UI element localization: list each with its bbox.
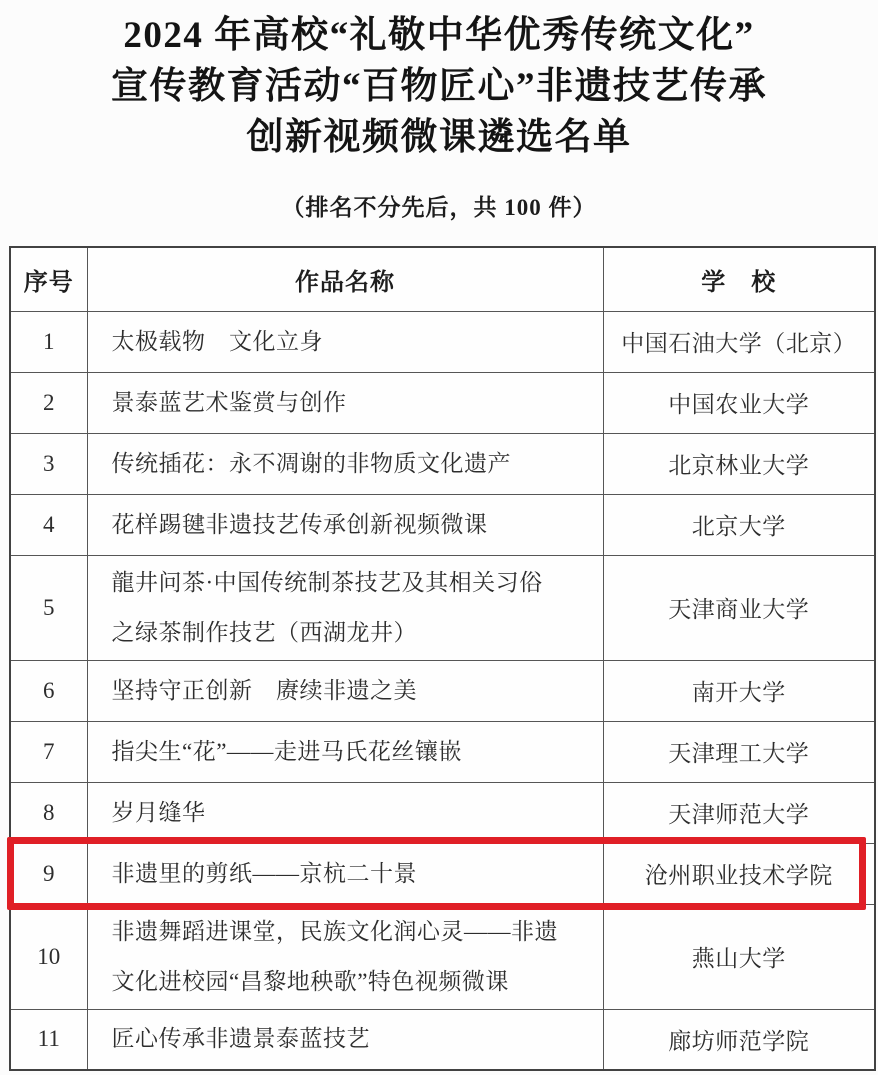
work-title: 非遗舞蹈进课堂，民族文化润心灵——非遗 文化进校园“昌黎地秧歌”特色视频微课 (87, 904, 603, 1009)
school-name: 天津理工大学 (603, 721, 875, 782)
table-row: 8 岁月缝华 天津师范大学 (10, 782, 875, 843)
school-name: 南开大学 (603, 660, 875, 721)
table-row: 4 花样踢毽非遗技艺传承创新视频微课 北京大学 (10, 494, 875, 555)
page-title-line2: 宣传教育活动“百物匠心”非遗技艺传承 (0, 61, 878, 112)
col-header-index: 序号 (10, 247, 87, 311)
table-row: 2 景泰蓝艺术鉴赏与创作 中国农业大学 (10, 372, 875, 433)
school-name: 廊坊师范学院 (603, 1009, 875, 1070)
work-title: 花样踢毽非遗技艺传承创新视频微课 (87, 494, 603, 555)
table-body: 1 太极载物 文化立身 中国石油大学（北京） 2 景泰蓝艺术鉴赏与创作 中国农业… (10, 311, 875, 1070)
row-number: 2 (10, 372, 87, 433)
col-header-work: 作品名称 (87, 247, 603, 311)
page-title: 2024 年高校“礼敬中华优秀传统文化” 宣传教育活动“百物匠心”非遗技艺传承 … (0, 0, 878, 163)
table-row: 7 指尖生“花”——走进马氏花丝镶嵌 天津理工大学 (10, 721, 875, 782)
table-header: 序号 作品名称 学 校 (10, 247, 875, 311)
school-name: 燕山大学 (603, 904, 875, 1009)
row-number: 1 (10, 311, 87, 372)
table-row: 1 太极载物 文化立身 中国石油大学（北京） (10, 311, 875, 372)
table-row: 3 传统插花：永不凋谢的非物质文化遗产 北京林业大学 (10, 433, 875, 494)
table-row: 6 坚持守正创新 赓续非遗之美 南开大学 (10, 660, 875, 721)
table-row: 10 非遗舞蹈进课堂，民族文化润心灵——非遗 文化进校园“昌黎地秧歌”特色视频微… (10, 904, 875, 1009)
row-number: 9 (10, 843, 87, 904)
row-number: 3 (10, 433, 87, 494)
row-number: 6 (10, 660, 87, 721)
row-number: 7 (10, 721, 87, 782)
works-table: 序号 作品名称 学 校 1 太极载物 文化立身 中国石油大学（北京） 2 景泰蓝… (9, 246, 876, 1071)
work-title: 匠心传承非遗景泰蓝技艺 (87, 1009, 603, 1070)
work-title: 岁月缝华 (87, 782, 603, 843)
work-title: 坚持守正创新 赓续非遗之美 (87, 660, 603, 721)
school-name: 北京林业大学 (603, 433, 875, 494)
work-title: 非遗里的剪纸——京杭二十景 (87, 843, 603, 904)
work-title: 龍井问茶·中国传统制茶技艺及其相关习俗 之绿茶制作技艺（西湖龙井） (87, 555, 603, 660)
work-title: 指尖生“花”——走进马氏花丝镶嵌 (87, 721, 603, 782)
school-name: 沧州职业技术学院 (603, 843, 875, 904)
work-title: 景泰蓝艺术鉴赏与创作 (87, 372, 603, 433)
school-name: 天津师范大学 (603, 782, 875, 843)
page-title-line3: 创新视频微课遴选名单 (0, 112, 878, 163)
school-name: 中国石油大学（北京） (603, 311, 875, 372)
table-row: 9 非遗里的剪纸——京杭二十景 沧州职业技术学院 (10, 843, 875, 904)
table-row: 5 龍井问茶·中国传统制茶技艺及其相关习俗 之绿茶制作技艺（西湖龙井） 天津商业… (10, 555, 875, 660)
document-page: 2024 年高校“礼敬中华优秀传统文化” 宣传教育活动“百物匠心”非遗技艺传承 … (0, 0, 878, 1075)
work-title: 太极载物 文化立身 (87, 311, 603, 372)
school-name: 北京大学 (603, 494, 875, 555)
school-name: 天津商业大学 (603, 555, 875, 660)
row-number: 11 (10, 1009, 87, 1070)
col-header-school: 学 校 (603, 247, 875, 311)
header-row: 序号 作品名称 学 校 (10, 247, 875, 311)
page-title-line1: 2024 年高校“礼敬中华优秀传统文化” (0, 10, 878, 61)
school-name: 中国农业大学 (603, 372, 875, 433)
table-row: 11 匠心传承非遗景泰蓝技艺 廊坊师范学院 (10, 1009, 875, 1070)
page-subtitle: （排名不分先后，共 100 件） (0, 189, 878, 222)
row-number: 10 (10, 904, 87, 1009)
row-number: 5 (10, 555, 87, 660)
work-title: 传统插花：永不凋谢的非物质文化遗产 (87, 433, 603, 494)
row-number: 8 (10, 782, 87, 843)
table-wrap: 序号 作品名称 学 校 1 太极载物 文化立身 中国石油大学（北京） 2 景泰蓝… (9, 246, 874, 1071)
row-number: 4 (10, 494, 87, 555)
